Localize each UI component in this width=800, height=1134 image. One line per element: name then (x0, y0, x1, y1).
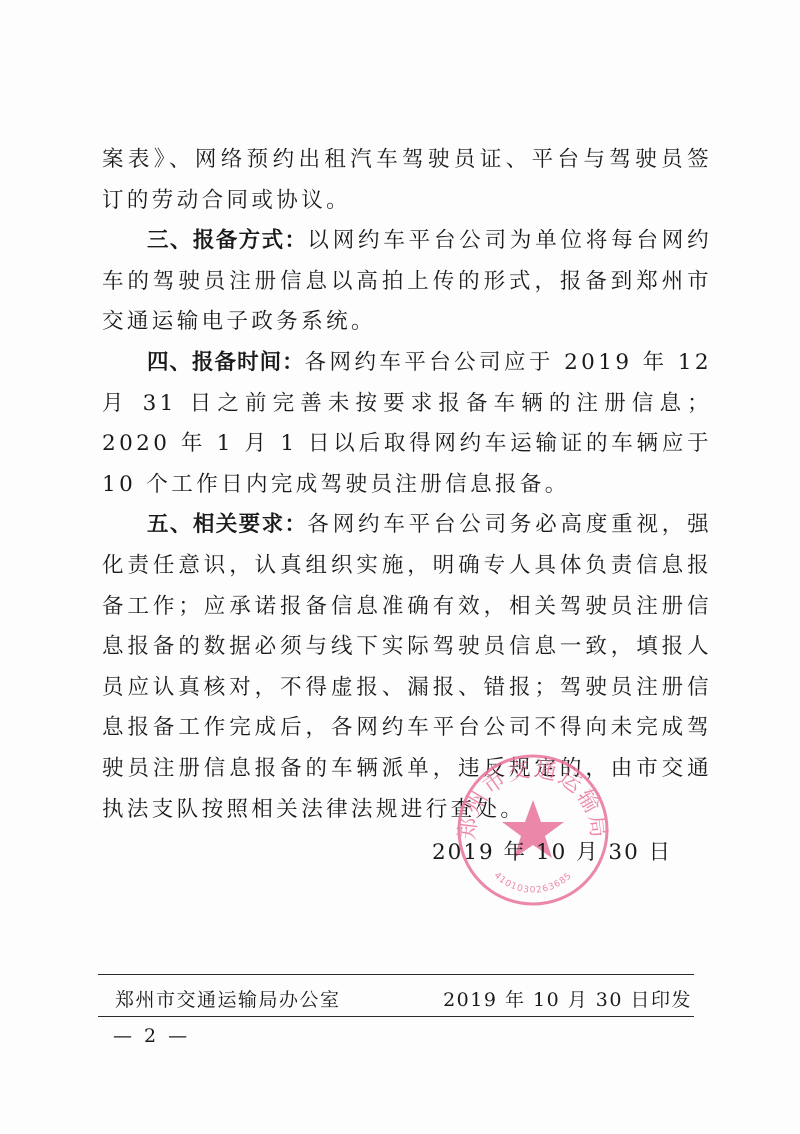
paragraph-heading: 三、报备方式： (147, 228, 307, 253)
paragraph-text: 各网约车平台公司务必高度重视，强化责任意识，认真组织实施，明确专人具体负责信息报… (102, 512, 712, 821)
signature-date: 2019 年 10 月 30 日 (432, 835, 672, 866)
svg-text:4101030263685: 4101030263685 (492, 871, 575, 896)
document-body: 案表》、网络预约出租汽车驾驶员证、平台与驾驶员签订的劳动合同或协议。 三、报备方… (102, 140, 712, 830)
document-page: 案表》、网络预约出租汽车驾驶员证、平台与驾驶员签订的劳动合同或协议。 三、报备方… (0, 0, 800, 1134)
official-seal-stamp: 郑州市交通运输局 4101030263685 (455, 752, 611, 908)
paragraph-filing-method: 三、报备方式：以网约车平台公司为单位将每台网约车的驾驶员注册信息以高拍上传的形式… (102, 221, 712, 343)
footer-top-rule (98, 974, 694, 975)
paragraph-requirements: 五、相关要求：各网约车平台公司务必高度重视，强化责任意识，认真组织实施，明确专人… (102, 505, 712, 830)
paragraph-heading: 五、相关要求： (147, 512, 307, 537)
paragraph-continuation: 案表》、网络预约出租汽车驾驶员证、平台与驾驶员签订的劳动合同或协议。 (102, 140, 712, 221)
stamp-code: 4101030263685 (492, 871, 575, 896)
footer-issue-date: 2019 年 10 月 30 日印发 (443, 985, 692, 1012)
footer-issuing-office: 郑州市交通运输局办公室 (115, 985, 341, 1012)
footer-bottom-rule (98, 1016, 694, 1017)
page-number: — 2 — (113, 1025, 190, 1047)
paragraph-text: 案表》、网络预约出租汽车驾驶员证、平台与驾驶员签订的劳动合同或协议。 (102, 147, 712, 213)
paragraph-filing-time: 四、报备时间：各网约车平台公司应于 2019 年 12 月 31 日之前完善未按… (102, 343, 712, 505)
paragraph-heading: 四、报备时间： (147, 350, 305, 375)
